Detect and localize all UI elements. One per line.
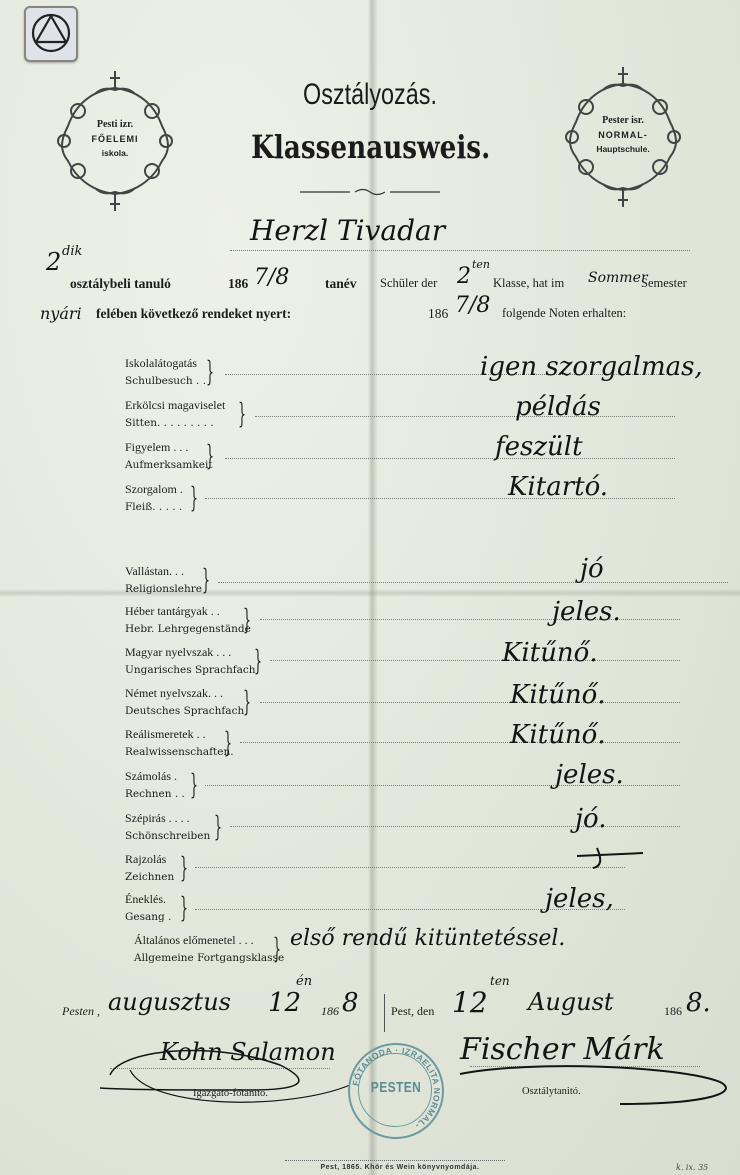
label-hungarian: Rajzolás bbox=[125, 850, 174, 868]
brace: } bbox=[180, 854, 188, 882]
grade-value: jeles. bbox=[555, 760, 624, 790]
grade-label: Általános előmenetel . . . Allgemeine Fo… bbox=[134, 931, 284, 967]
brace: } bbox=[254, 647, 262, 675]
date-day-de: 12 bbox=[452, 986, 488, 1019]
label-german: Sitten. . . . . . . . . bbox=[125, 414, 225, 432]
dash-mark-icon bbox=[575, 846, 645, 870]
label-hungarian: Szépirás . . . . bbox=[125, 809, 210, 827]
grade-value: jó bbox=[580, 554, 604, 584]
brace: } bbox=[273, 935, 281, 963]
brace: } bbox=[224, 729, 232, 757]
label-german: Allgemeine Fortgangsklasse bbox=[134, 949, 284, 967]
class-suffix-hu: dik bbox=[62, 244, 82, 259]
grade-value: Kitűnő. bbox=[510, 720, 606, 750]
grade-rule bbox=[230, 826, 680, 827]
grade-rule bbox=[195, 867, 625, 868]
seal-line-1: Pester isr. bbox=[558, 114, 688, 128]
date-month-hu: augusztus bbox=[108, 988, 231, 1016]
label-german: Fleiß. . . . . bbox=[125, 498, 183, 516]
school-seal-hungarian: Pesti izr. FŐELEMI iskola. bbox=[50, 66, 180, 216]
label-hungarian: Reálismeretek . . bbox=[125, 725, 234, 743]
seal-line-1: Pesti izr. bbox=[50, 118, 180, 132]
grade-label: Éneklés. Gesang . bbox=[125, 890, 171, 926]
date-day-suffix-de: ten bbox=[490, 974, 510, 988]
name-underline bbox=[230, 250, 690, 251]
title-hungarian: Osztályozás. bbox=[269, 78, 472, 112]
brace: } bbox=[202, 566, 210, 594]
grade-value: Kitűnő. bbox=[510, 680, 606, 710]
grade-label: Német nyelvszak. . . Deutsches Sprachfac… bbox=[125, 684, 244, 720]
grade-label: Szorgalom . Fleiß. . . . . bbox=[125, 480, 183, 516]
grade-value: jó. bbox=[575, 804, 607, 834]
seal-line-3: iskola. bbox=[50, 146, 180, 160]
grade-rule bbox=[270, 660, 680, 661]
grade-value: példás bbox=[515, 392, 601, 422]
label-german: Rechnen . . bbox=[125, 785, 185, 803]
brace: } bbox=[243, 606, 251, 634]
caption-class-teacher: Osztálytanitó. bbox=[522, 1086, 581, 1097]
grade-rule bbox=[255, 416, 675, 417]
intro-text-hu-2: tanév bbox=[325, 276, 357, 292]
class-suffix-de: ten bbox=[472, 258, 490, 271]
grade-value: feszült bbox=[495, 432, 583, 462]
label-hungarian: Vallástan. . . bbox=[125, 562, 202, 580]
intro-text-hu-1: osztálybeli tanuló bbox=[70, 276, 171, 292]
year-printed-de: 186 bbox=[428, 306, 448, 322]
label-german: Religionslehre bbox=[125, 580, 202, 598]
grade-value: Kitartó. bbox=[508, 472, 608, 502]
semester-handwritten-hu: nyári bbox=[40, 304, 82, 323]
intro-text-hu-3: felében következő rendeket nyert: bbox=[96, 306, 291, 322]
seal-line-2: NORMAL- bbox=[558, 128, 688, 142]
date-divider bbox=[384, 994, 385, 1032]
grade-value-overall: első rendű kitüntetéssel. bbox=[290, 926, 565, 951]
circle-triangle-icon bbox=[29, 11, 73, 55]
brace: } bbox=[214, 813, 222, 841]
intro-text-de-1: Schüler der bbox=[380, 276, 437, 291]
year-handwritten-hu: 7/8 bbox=[254, 265, 289, 290]
intro-text-de-2: Klasse, hat im bbox=[493, 276, 564, 291]
footer-rule bbox=[285, 1160, 505, 1161]
caption-director: Igazgató-főtanitó. bbox=[193, 1088, 268, 1099]
printer-imprint: Pest, 1865. Khór és Wein könyvnyomdája. bbox=[290, 1164, 510, 1171]
student-name: Herzl Tivadar bbox=[250, 214, 445, 247]
label-german: Gesang . bbox=[125, 908, 171, 926]
label-german: Schulbesuch . . bbox=[125, 372, 206, 390]
grade-label: Reálismeretek . . Realwissenschaften. bbox=[125, 725, 234, 761]
grade-label: Figyelem . . . Aufmerksamkeit bbox=[125, 438, 213, 474]
intro-text-de-4: folgende Noten erhalten: bbox=[502, 306, 626, 321]
date-year-printed-hu: 186 bbox=[321, 1004, 339, 1019]
grade-rule bbox=[260, 702, 680, 703]
label-hungarian: Éneklés. bbox=[125, 890, 171, 908]
label-hungarian: Magyar nyelvszak . . . bbox=[125, 643, 256, 661]
class-number-de: 2 bbox=[457, 264, 471, 289]
class-number-hu: 2 bbox=[46, 248, 61, 276]
label-german: Realwissenschaften. bbox=[125, 743, 234, 761]
grade-label: Erkölcsi magaviselet Sitten. . . . . . .… bbox=[125, 396, 225, 432]
date-year-handwritten-hu: 8 bbox=[342, 988, 359, 1018]
label-hungarian: Német nyelvszak. . . bbox=[125, 684, 244, 702]
seal-line-2: FŐELEMI bbox=[50, 132, 180, 146]
seal-line-3: Hauptschule. bbox=[558, 142, 688, 156]
year-printed-hu: 186 bbox=[228, 276, 248, 292]
brace: } bbox=[180, 894, 188, 922]
stamp-center-text: PESTEN bbox=[359, 1079, 433, 1096]
brace: } bbox=[206, 358, 214, 386]
grade-label: Magyar nyelvszak . . . Ungarisches Sprac… bbox=[125, 643, 256, 679]
label-hungarian: Szorgalom . bbox=[125, 480, 183, 498]
grade-label: Rajzolás Zeichnen bbox=[125, 850, 174, 886]
date-place-de: Pest, den bbox=[391, 1004, 434, 1019]
brace: } bbox=[243, 688, 251, 716]
label-hungarian: Erkölcsi magaviselet bbox=[125, 396, 225, 414]
grade-rule bbox=[240, 742, 680, 743]
year-handwritten-de: 7/8 bbox=[455, 293, 490, 318]
label-german: Aufmerksamkeit bbox=[125, 456, 213, 474]
archive-note: k. ix. 35 bbox=[676, 1163, 708, 1172]
grade-rule bbox=[225, 458, 675, 459]
signature-flourish-icon bbox=[90, 1030, 360, 1115]
brace: } bbox=[206, 442, 214, 470]
grade-value: jeles. bbox=[552, 597, 621, 627]
brace: } bbox=[238, 400, 246, 428]
signature-flourish-icon bbox=[450, 1060, 740, 1110]
school-stamp: FŐTANODA · IZRAELITA NORMAL- PESTEN bbox=[348, 1043, 444, 1139]
label-hungarian: Héber tantárgyak . . bbox=[125, 602, 251, 620]
semester-handwritten-de: Sommer bbox=[588, 270, 648, 286]
date-month-de: August bbox=[528, 988, 614, 1016]
label-hungarian: Figyelem . . . bbox=[125, 438, 213, 456]
decorative-flourish-icon bbox=[300, 188, 440, 196]
label-german: Schönschreiben bbox=[125, 827, 210, 845]
label-german: Ungarisches Sprachfach bbox=[125, 661, 256, 679]
grade-label: Vallástan. . . Religionslehre bbox=[125, 562, 202, 598]
grade-label: Iskolalátogatás Schulbesuch . . bbox=[125, 354, 206, 390]
date-year-handwritten-de: 8. bbox=[686, 988, 711, 1018]
brace: } bbox=[190, 484, 198, 512]
date-day-hu: 12 bbox=[268, 988, 301, 1018]
date-day-suffix-hu: én bbox=[296, 974, 312, 989]
school-seal-german: Pester isr. NORMAL- Hauptschule. bbox=[558, 62, 688, 212]
grade-label: Számolás . Rechnen . . bbox=[125, 767, 185, 803]
grade-value: Kitűnő. bbox=[502, 638, 598, 668]
date-year-printed-de: 186 bbox=[664, 1004, 682, 1019]
label-german: Hebr. Lehrgegenstände bbox=[125, 620, 251, 638]
brace: } bbox=[190, 771, 198, 799]
label-german: Deutsches Sprachfach bbox=[125, 702, 244, 720]
title-german: Klassenausweis. bbox=[251, 128, 489, 166]
label-hungarian: Általános előmenetel . . . bbox=[134, 931, 284, 949]
date-place-hu: Pesten , bbox=[62, 1004, 100, 1019]
grade-rule bbox=[218, 582, 728, 583]
grade-label: Héber tantárgyak . . Hebr. Lehrgegenstän… bbox=[125, 602, 251, 638]
label-hungarian: Iskolalátogatás bbox=[125, 354, 206, 372]
library-badge bbox=[24, 6, 78, 62]
grade-label: Szépirás . . . . Schönschreiben bbox=[125, 809, 210, 845]
label-hungarian: Számolás . bbox=[125, 767, 185, 785]
grade-value: jeles, bbox=[545, 884, 614, 914]
grade-value: igen szorgalmas, bbox=[480, 352, 703, 382]
label-german: Zeichnen bbox=[125, 868, 174, 886]
intro-text-de-3: Semester bbox=[641, 276, 687, 291]
